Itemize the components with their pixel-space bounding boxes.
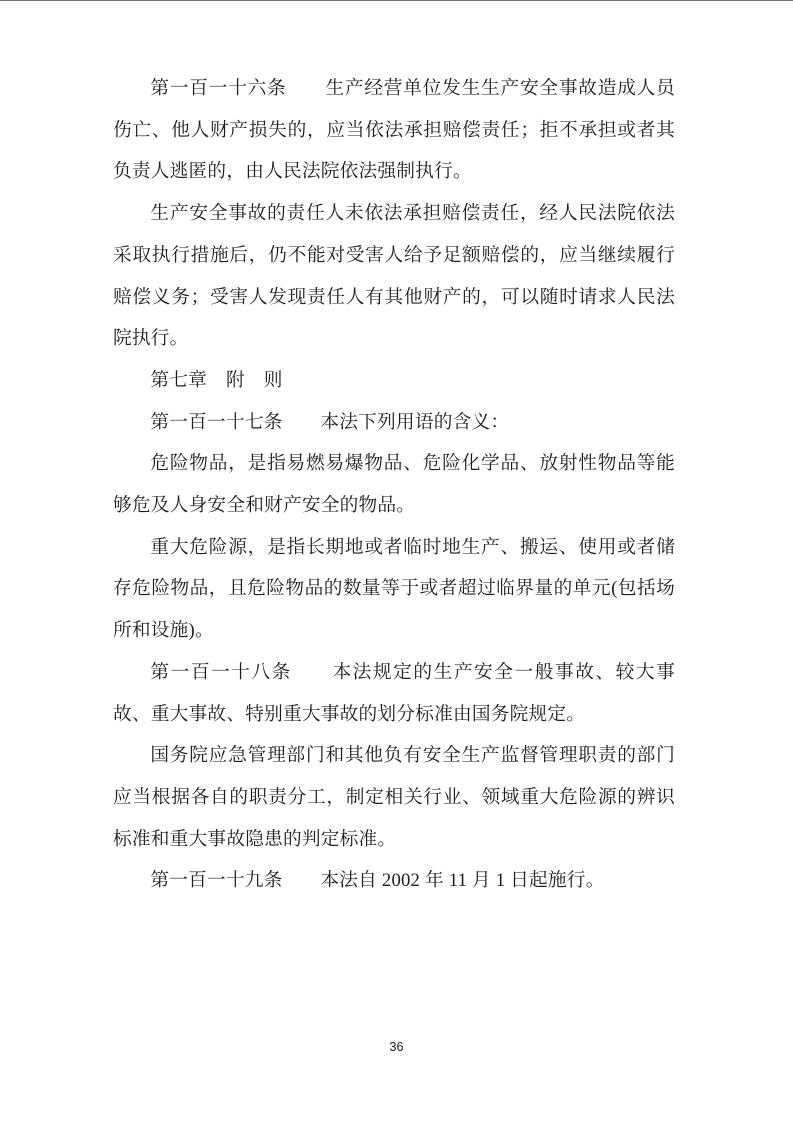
paragraph-article-117: 第一百一十七条 本法下列用语的含义： <box>113 402 675 444</box>
paragraph-article-116-clause-2: 生产安全事故的责任人未依法承担赔偿责任，经人民法院依法采取执行措施后，仍不能对受… <box>113 193 675 360</box>
paragraph-definition-dangerous-goods: 危险物品，是指易燃易爆物品、危险化学品、放射性物品等能够危及人身安全和财产安全的… <box>113 443 675 526</box>
document-page: 第一百一十六条 生产经营单位发生生产安全事故造成人员伤亡、他人财产损失的，应当依… <box>0 0 793 1122</box>
paragraph-article-116: 第一百一十六条 生产经营单位发生生产安全事故造成人员伤亡、他人财产损失的，应当依… <box>113 68 675 193</box>
paragraph-article-118: 第一百一十八条 本法规定的生产安全一般事故、较大事故、重大事故、特别重大事故的划… <box>113 652 675 735</box>
document-body: 第一百一十六条 生产经营单位发生生产安全事故造成人员伤亡、他人财产损失的，应当依… <box>113 68 675 902</box>
paragraph-article-118-clause-2: 国务院应急管理部门和其他负有安全生产监督管理职责的部门应当根据各自的职责分工，制… <box>113 735 675 860</box>
page-top-edge <box>0 0 793 1</box>
paragraph-article-119: 第一百一十九条 本法自 2002 年 11 月 1 日起施行。 <box>113 860 675 902</box>
paragraph-definition-major-hazard: 重大危险源，是指长期地或者临时地生产、搬运、使用或者储存危险物品，且危险物品的数… <box>113 527 675 652</box>
chapter-7-heading: 第七章 附 则 <box>113 360 675 402</box>
page-number: 36 <box>0 1040 793 1054</box>
